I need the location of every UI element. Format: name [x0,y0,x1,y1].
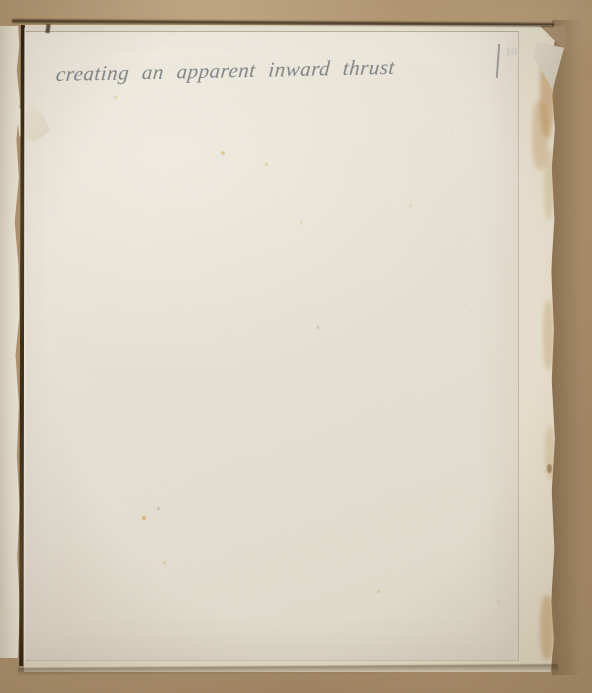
foxing-spot [377,590,380,593]
fore-edge-stain [543,300,554,370]
foxing-spot [265,163,268,166]
fore-edge-speck [547,464,552,473]
foxing-spot [114,96,117,99]
board-shadow [552,20,582,675]
sketchbook-photo: creating an apparent inward thrust 10 [0,0,592,693]
foxing-spot [497,600,500,603]
foxing-spot [142,516,146,520]
foxing-spot [409,204,412,207]
foxing-spot [470,311,472,313]
sketchbook-page [24,31,519,661]
foxing-spot [157,507,160,510]
fore-edge-stain [544,150,554,220]
foxing-spot [221,151,225,155]
faint-folio-number: 10 [505,44,517,59]
foxing-spot [317,326,319,329]
foxing-spot [452,132,454,134]
foxing-spot [163,561,166,564]
gutter-highlight [24,28,26,662]
fore-edge-stain [540,595,554,660]
foxing-spot [300,221,303,224]
